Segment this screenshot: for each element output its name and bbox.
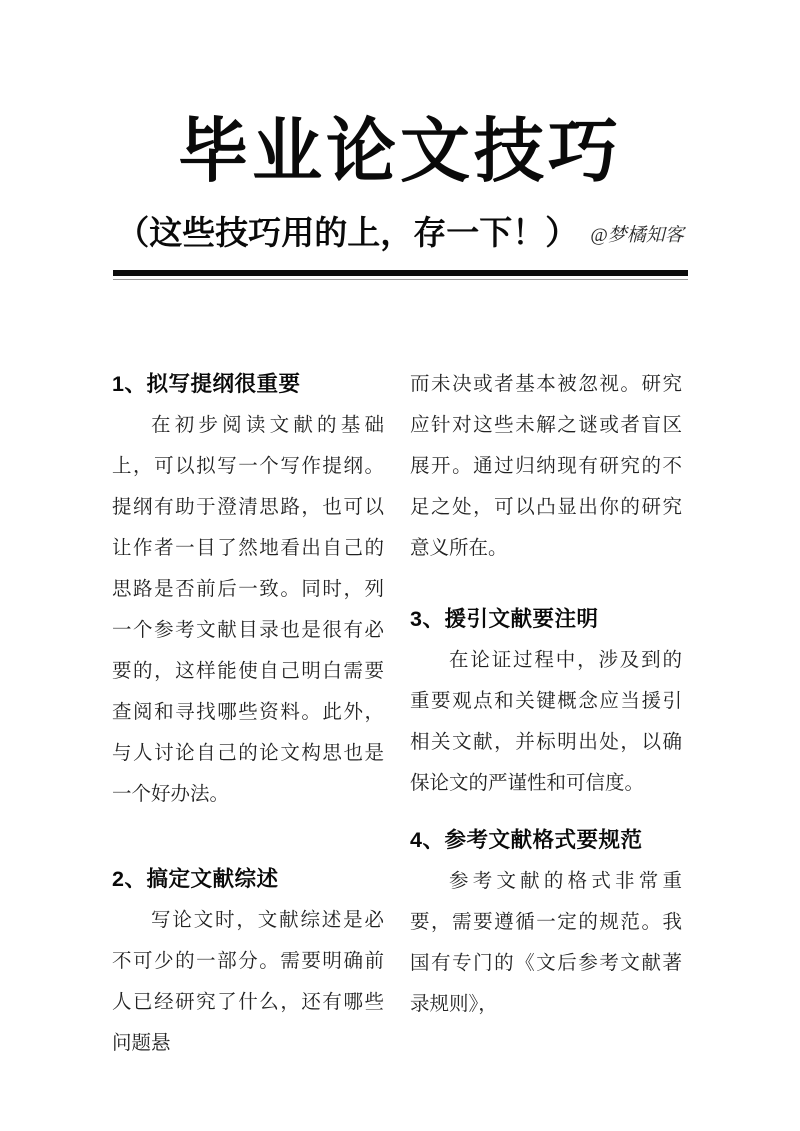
section-1-body: 在初步阅读文献的基础上，可以拟写一个写作提纲。提纲有助于澄清思路，也可以让作者一… — [112, 405, 384, 815]
column-left: 1、拟写提纲很重要 在初步阅读文献的基础上，可以拟写一个写作提纲。提纲有助于澄清… — [112, 364, 384, 1064]
section-1: 1、拟写提纲很重要 在初步阅读文献的基础上，可以拟写一个写作提纲。提纲有助于澄清… — [112, 364, 384, 815]
section-3-body: 在论证过程中，涉及到的重要观点和关键概念应当援引相关文献，并标明出处，以确保论文… — [410, 640, 682, 804]
divider-rule — [113, 270, 688, 280]
section-4-body: 参考文献的格式非常重要，需要遵循一定的规范。我国有专门的《文后参考文献著录规则》… — [410, 861, 682, 1025]
section-2: 2、搞定文献综述 写论文时，文献综述是必不可少的一部分。需要明确前人已经研究了什… — [112, 859, 384, 1064]
section-4-heading: 4、参考文献格式要规范 — [410, 820, 682, 861]
masthead: 毕业论文技巧 （这些技巧用的上，存一下！） @梦橘知客 — [0, 0, 800, 280]
section-3: 3、援引文献要注明 在论证过程中，涉及到的重要观点和关键概念应当援引相关文献，并… — [410, 599, 682, 804]
page-subtitle: （这些技巧用的上，存一下！） — [116, 216, 578, 252]
section-1-heading: 1、拟写提纲很重要 — [112, 364, 384, 405]
subtitle-row: （这些技巧用的上，存一下！） @梦橘知客 — [0, 216, 800, 252]
section-2-body: 写论文时，文献综述是必不可少的一部分。需要明确前人已经研究了什么，还有哪些问题悬 — [112, 900, 384, 1064]
page-title: 毕业论文技巧 — [0, 116, 800, 190]
section-2-heading: 2、搞定文献综述 — [112, 859, 384, 900]
author-handle: @梦橘知客 — [590, 220, 683, 252]
section-2-continuation: 而未决或者基本被忽视。研究应针对这些未解之谜或者盲区展开。通过归纳现有研究的不足… — [410, 364, 682, 569]
column-right: 而未决或者基本被忽视。研究应针对这些未解之谜或者盲区展开。通过归纳现有研究的不足… — [410, 364, 682, 1064]
section-2-continuation-body: 而未决或者基本被忽视。研究应针对这些未解之谜或者盲区展开。通过归纳现有研究的不足… — [410, 364, 682, 569]
section-4: 4、参考文献格式要规范 参考文献的格式非常重要，需要遵循一定的规范。我国有专门的… — [410, 820, 682, 1025]
content-columns: 1、拟写提纲很重要 在初步阅读文献的基础上，可以拟写一个写作提纲。提纲有助于澄清… — [112, 280, 688, 1064]
poster-page: 毕业论文技巧 （这些技巧用的上，存一下！） @梦橘知客 1、拟写提纲很重要 在初… — [0, 0, 800, 1131]
section-3-heading: 3、援引文献要注明 — [410, 599, 682, 640]
